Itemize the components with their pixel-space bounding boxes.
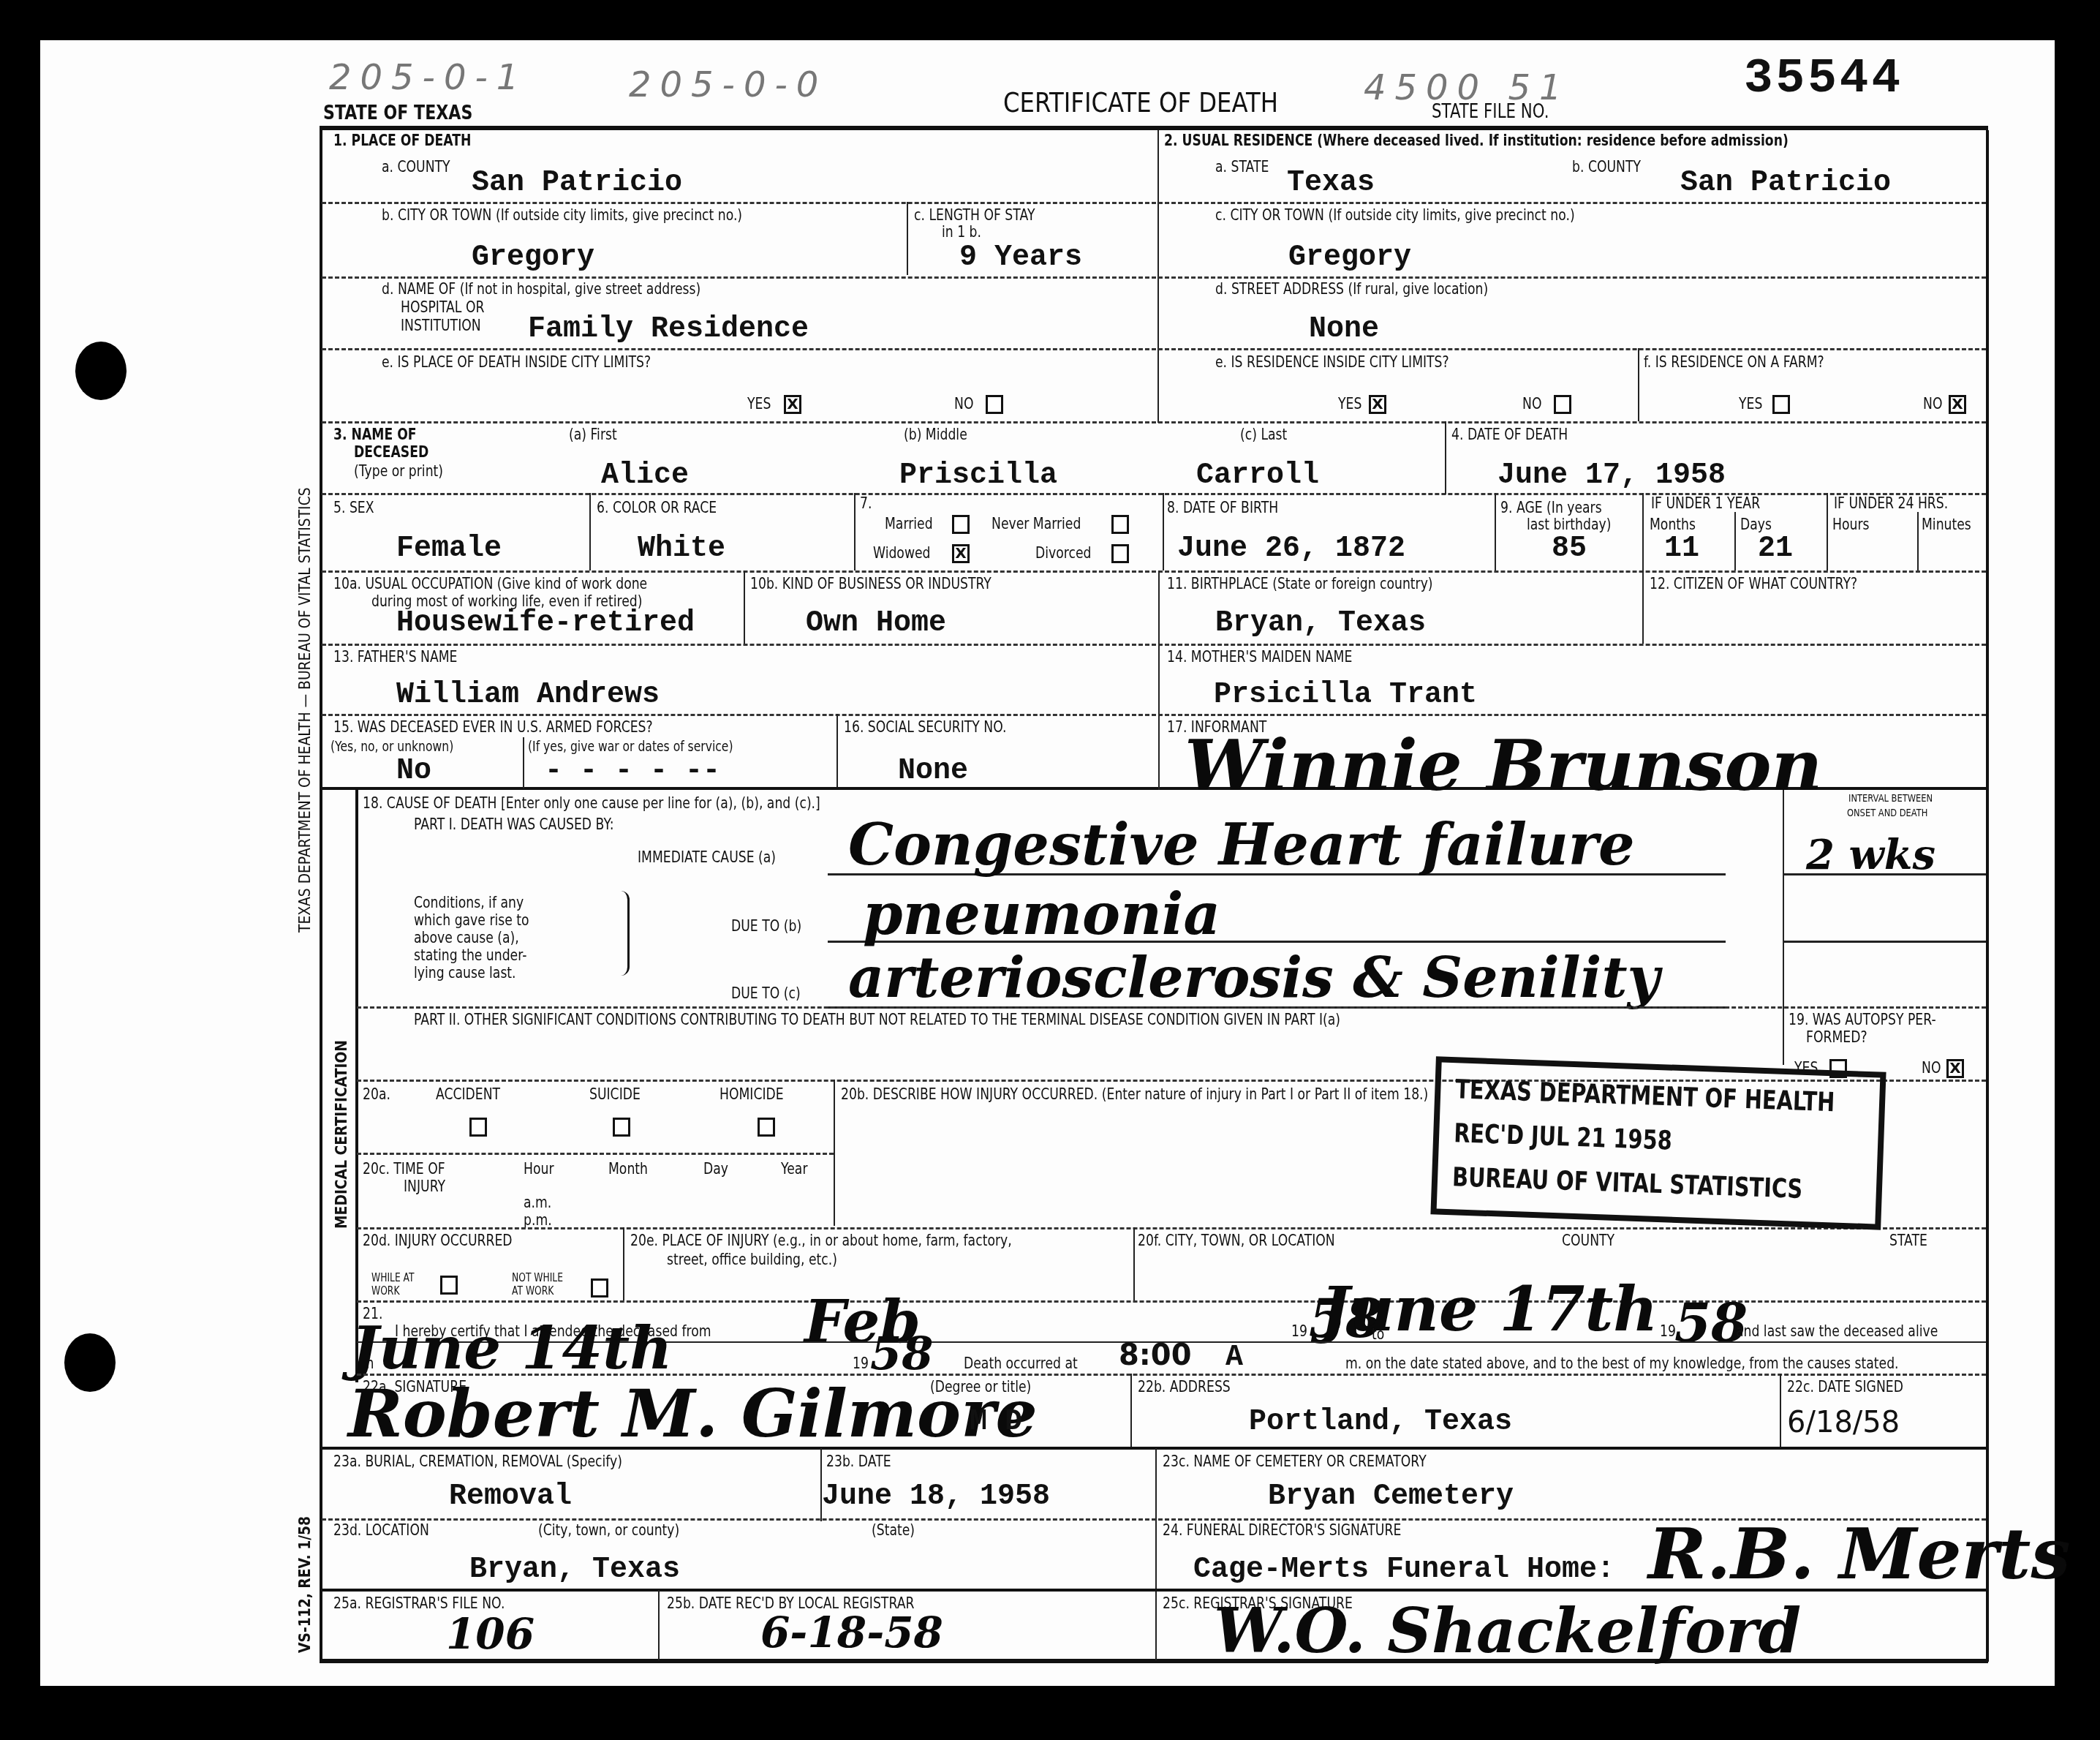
accident-checkbox[interactable] <box>469 1118 487 1137</box>
date-of-birth: June 26, 1872 <box>1177 532 1405 565</box>
location-state-label: (State) <box>872 1521 915 1539</box>
residence-inside-limits-no-checkbox[interactable] <box>1554 395 1571 414</box>
mother-label: 14. MOTHER'S MAIDEN NAME <box>1167 648 1352 666</box>
row-line <box>322 202 1986 204</box>
farm-label: f. IS RESIDENCE ON A FARM? <box>1644 353 1824 371</box>
disposition-location: Bryan, Texas <box>469 1553 680 1586</box>
accident-label: ACCIDENT <box>436 1085 500 1103</box>
row-line <box>322 1589 1986 1592</box>
onset-interval: 2 wks <box>1806 831 1935 879</box>
from-year-prefix: 19 <box>1291 1322 1307 1340</box>
death-inside-limits-no-checkbox[interactable] <box>986 395 1003 414</box>
place-of-death-label: 1. PLACE OF DEATH <box>333 132 471 149</box>
farm-no-label: NO <box>1923 395 1942 413</box>
time-label-2: INJURY <box>404 1178 445 1195</box>
not-at-work-checkbox[interactable] <box>591 1278 608 1298</box>
received-stamp: TEXAS DEPARTMENT OF HEALTH REC'D JUL 21 … <box>1430 1056 1886 1229</box>
age-label: 9. AGE (In years <box>1500 499 1602 516</box>
pm-label: p.m. <box>524 1211 552 1229</box>
due-to-c: arteriosclerosis & Senility <box>848 945 1660 1010</box>
res-city-label: c. CITY OR TOWN (If outside city limits,… <box>1215 206 1575 224</box>
pencil-code-2: 205-0-0 <box>629 64 827 105</box>
time-label: 20c. TIME OF <box>363 1160 445 1178</box>
bracket-icon <box>620 891 630 976</box>
place-label: 20e. PLACE OF INJURY (e.g., in or about … <box>630 1232 1012 1249</box>
inside-limits-label: e. IS PLACE OF DEATH INSIDE CITY LIMITS? <box>382 353 651 371</box>
name-label: 3. NAME OF <box>333 426 417 443</box>
hour-label: Hour <box>524 1160 554 1178</box>
divider <box>1917 512 1919 570</box>
not-while-1: NOT WHILE <box>512 1271 563 1284</box>
describe-label: 20b. DESCRIBE HOW INJURY OCCURRED. (Ente… <box>841 1085 1428 1103</box>
death-county: San Patricio <box>472 167 682 200</box>
first-name: Alice <box>601 459 689 492</box>
birthplace-label: 11. BIRTHPLACE (State or foreign country… <box>1167 575 1433 592</box>
row-line <box>322 1447 1986 1450</box>
sex-label: 5. SEX <box>333 499 374 516</box>
punch-hole-bottom <box>64 1333 116 1392</box>
occupation: Housewife-retired <box>396 607 695 640</box>
divider <box>834 1080 835 1226</box>
date-signed-label: 22c. DATE SIGNED <box>1787 1378 1903 1396</box>
conditions-3: above cause (a), <box>414 929 519 946</box>
citizen-label: 12. CITIZEN OF WHAT COUNTRY? <box>1650 575 1857 592</box>
state-file-number: 35544 <box>1744 51 1903 106</box>
occupation-label: 10a. USUAL OCCUPATION (Give kind of work… <box>333 575 647 592</box>
married-checkbox[interactable] <box>952 515 970 534</box>
row-line <box>322 276 1986 279</box>
suicide-label: SUICIDE <box>589 1085 641 1103</box>
middle-name: Priscilla <box>899 459 1057 492</box>
divider <box>854 493 856 570</box>
institution-label-2: HOSPITAL OR <box>401 298 484 316</box>
middle-label: (b) Middle <box>904 426 967 443</box>
divider <box>1783 790 1784 1065</box>
res-county-label: b. COUNTY <box>1572 158 1641 176</box>
residence-label: 2. USUAL RESIDENCE (Where deceased lived… <box>1164 132 1789 149</box>
part1-label: PART I. DEATH WAS CAUSED BY: <box>414 816 613 833</box>
conditions-2: which gave rise to <box>414 911 529 929</box>
age: 85 <box>1552 532 1587 565</box>
form-left-border <box>320 128 322 1660</box>
res-inside-label: e. IS RESIDENCE INSIDE CITY LIMITS? <box>1215 353 1449 371</box>
while-work-1: WHILE AT <box>371 1271 415 1284</box>
row-line <box>322 570 1986 573</box>
divider <box>1130 1374 1132 1447</box>
divider <box>623 1227 624 1300</box>
marital-label: 7. <box>860 494 872 512</box>
divorced-label: Divorced <box>1035 544 1091 562</box>
state-label: STATE OF TEXAS <box>323 102 472 124</box>
divider <box>1642 493 1644 570</box>
burial-label: 23a. BURIAL, CREMATION, REMOVAL (Specify… <box>333 1453 622 1470</box>
cemetery: Bryan Cemetery <box>1268 1480 1514 1513</box>
disposition-method: Removal <box>449 1480 572 1513</box>
last-seen-date: June 14th <box>351 1314 672 1382</box>
name-label-3: (Type or print) <box>354 462 443 480</box>
row-line <box>322 421 1986 423</box>
row-line <box>357 1006 1986 1009</box>
cert-text-3: m. on the date stated above, and to the … <box>1345 1355 1899 1372</box>
death-city: Gregory <box>472 241 594 274</box>
conditions-1: Conditions, if any <box>414 894 524 911</box>
cemetery-label: 23c. NAME OF CEMETERY OR CREMATORY <box>1163 1453 1427 1470</box>
attended-to: June 17th <box>1321 1273 1658 1345</box>
degree-label: (Degree or title) <box>930 1378 1031 1396</box>
location-city-label: (City, town, or county) <box>538 1521 679 1539</box>
divider <box>1827 493 1828 570</box>
punch-hole-top <box>75 342 126 400</box>
certificate-title: CERTIFICATE OF DEATH <box>1003 86 1278 118</box>
divider <box>1780 1374 1781 1447</box>
injury-county-label: COUNTY <box>1562 1232 1614 1249</box>
institution-label-3: INSTITUTION <box>401 317 481 334</box>
length-of-stay: 9 Years <box>959 241 1082 274</box>
res-state-label: a. STATE <box>1215 158 1269 176</box>
business-label: 10b. KIND OF BUSINESS OR INDUSTRY <box>750 575 992 592</box>
disp-date-label: 23b. DATE <box>826 1453 891 1470</box>
last-seen-year-prefix: 19 <box>853 1355 869 1372</box>
stamp-line-3: BUREAU OF VITAL STATISTICS <box>1451 1162 1802 1205</box>
divider <box>658 1590 660 1660</box>
form-top-border <box>320 126 1988 130</box>
stamp-line-2: REC'D JUL 21 1958 <box>1454 1118 1673 1156</box>
father-label: 13. FATHER'S NAME <box>333 648 457 666</box>
interval-label-2: ONSET AND DEATH <box>1847 807 1927 819</box>
divorced-checkbox[interactable] <box>1111 544 1129 563</box>
pencil-code-1: 205-0-1 <box>329 57 527 98</box>
ssn: None <box>898 755 968 788</box>
stay-label: c. LENGTH OF STAY <box>914 206 1035 224</box>
armed-sub-1: (Yes, no, or unknown) <box>331 739 453 755</box>
medical-certification-side-label: MEDICAL CERTIFICATION <box>333 1040 351 1229</box>
street-label: d. STREET ADDRESS (If rural, give locati… <box>1215 280 1488 298</box>
under-24-label: IF UNDER 24 HRS. <box>1834 494 1948 512</box>
residence-city: Gregory <box>1288 241 1411 274</box>
address-label: 22b. ADDRESS <box>1138 1378 1231 1396</box>
disposition-date: June 18, 1958 <box>822 1480 1050 1513</box>
armed-sub-2: (If yes, give war or dates of service) <box>528 739 733 755</box>
dob-label: 8. DATE OF BIRTH <box>1167 499 1278 516</box>
row-line <box>357 1227 1986 1229</box>
res-yes-label: YES <box>1338 395 1361 413</box>
divider <box>1163 493 1164 570</box>
homicide-label: HOMICIDE <box>719 1085 784 1103</box>
place-label-2: street, office building, etc.) <box>667 1251 837 1268</box>
hours-label: Hours <box>1832 516 1869 533</box>
row-line <box>322 714 1986 716</box>
divider <box>1638 348 1639 421</box>
never-married-label: Never Married <box>992 515 1081 532</box>
state-file-label: STATE FILE NO. <box>1432 101 1549 123</box>
residence-state: Texas <box>1287 167 1375 200</box>
birthplace: Bryan, Texas <box>1215 607 1426 640</box>
death-time: 8:00 <box>1119 1338 1192 1372</box>
minutes-label: Minutes <box>1922 516 1971 533</box>
residence-county: San Patricio <box>1680 167 1891 200</box>
immediate-label: IMMEDIATE CAUSE (a) <box>638 848 776 866</box>
under-year-label: IF UNDER 1 YEAR <box>1651 494 1760 512</box>
res-no-label: NO <box>1522 395 1541 413</box>
injury-city-label: 20f. CITY, TOWN, OR LOCATION <box>1138 1232 1335 1249</box>
row-line <box>322 644 1986 646</box>
autopsy-label: 19. WAS AUTOPSY PER- <box>1789 1011 1936 1028</box>
not-while-2: AT WORK <box>512 1284 554 1298</box>
registrar-file-no: 106 <box>446 1609 535 1659</box>
immediate-cause: Congestive Heart failure <box>848 812 1635 878</box>
institution-label: d. NAME OF (If not in hospital, give str… <box>382 280 700 298</box>
autopsy-no-checkbox[interactable]: X <box>1946 1059 1964 1078</box>
business: Own Home <box>806 607 946 640</box>
while-at-work-checkbox[interactable] <box>440 1276 458 1295</box>
yes-label: YES <box>747 395 771 413</box>
autopsy-label-2: FORMED? <box>1806 1028 1867 1046</box>
row-line <box>322 348 1986 350</box>
occurred-label: 20d. INJURY OCCURRED <box>363 1232 513 1249</box>
form-right-border <box>1986 130 1989 1662</box>
homicide-checkbox[interactable] <box>758 1118 775 1137</box>
funeral-label: 24. FUNERAL DIRECTOR'S SIGNATURE <box>1163 1521 1401 1539</box>
stay-label-2: in 1 b. <box>942 223 981 241</box>
registrar-date: 6-18-58 <box>760 1608 943 1657</box>
month-label: Month <box>608 1160 648 1178</box>
sex: Female <box>396 532 502 565</box>
form-number: VS-112, REV. 1/58 <box>296 1516 314 1653</box>
divider <box>589 493 591 570</box>
autopsy-no-label: NO <box>1922 1059 1941 1077</box>
married-label: Married <box>885 515 933 532</box>
age-days: 21 <box>1758 532 1793 565</box>
physician-address: Portland, Texas <box>1249 1406 1512 1439</box>
interval-line <box>1784 941 1986 943</box>
cert-text-2: and last saw the deceased alive <box>1736 1322 1938 1340</box>
divider <box>1642 570 1644 644</box>
mother-maiden-name: Prsicilla Trant <box>1214 679 1477 712</box>
suicide-checkbox[interactable] <box>613 1118 630 1137</box>
informant-signature: Winnie Brunson <box>1185 724 1822 807</box>
location-label: 23d. LOCATION <box>333 1521 429 1539</box>
medical-border <box>355 790 358 1382</box>
race: White <box>638 532 725 565</box>
stamp-line-1: TEXAS DEPARTMENT OF HEALTH <box>1455 1074 1835 1118</box>
ssn-label: 16. SOCIAL SECURITY NO. <box>844 718 1007 736</box>
due-c-label: DUE TO (c) <box>731 984 801 1002</box>
last-name: Carroll <box>1196 459 1319 492</box>
age-months: 11 <box>1664 532 1699 565</box>
day-label: Day <box>703 1160 728 1178</box>
injury-state-label: STATE <box>1889 1232 1927 1249</box>
armed-forces: No <box>396 755 431 788</box>
registrar-signature: W.O. Shackelford <box>1214 1594 1801 1667</box>
divider <box>1495 493 1496 570</box>
county-label: a. COUNTY <box>382 158 450 176</box>
widowed-label: Widowed <box>873 544 931 562</box>
interval-label-1: INTERVAL BETWEEN <box>1848 793 1933 805</box>
department-side-label: TEXAS DEPARTMENT OF HEALTH — BUREAU OF V… <box>296 487 314 933</box>
divider <box>1155 1448 1157 1660</box>
widowed-checkbox[interactable]: X <box>952 544 970 563</box>
residence-inside-limits-yes-checkbox[interactable]: X <box>1369 395 1386 414</box>
divider <box>523 737 524 788</box>
degree: M D <box>970 1406 1022 1439</box>
residence-street: None <box>1309 313 1379 346</box>
father-name: William Andrews <box>396 679 660 712</box>
institution-name: Family Residence <box>528 313 809 346</box>
never-married-checkbox[interactable] <box>1111 515 1129 534</box>
divider <box>907 202 908 275</box>
armed-dates: - - - - -- <box>545 755 720 788</box>
farm-yes-label: YES <box>1739 395 1762 413</box>
dod-label: 4. DATE OF DEATH <box>1451 426 1568 443</box>
name-label-2: DECEASED <box>354 443 428 461</box>
divider <box>1734 512 1736 570</box>
divider <box>744 570 745 644</box>
divider <box>1133 1227 1135 1300</box>
due-b-label: DUE TO (b) <box>731 917 801 935</box>
divider <box>836 714 838 787</box>
first-label: (a) First <box>569 426 617 443</box>
last-seen-year: 58 <box>870 1327 933 1380</box>
city-label: b. CITY OR TOWN (If outside city limits,… <box>382 206 742 224</box>
no-label: NO <box>954 395 973 413</box>
death-ampm: A <box>1225 1341 1243 1374</box>
cause-label: 18. CAUSE OF DEATH [Enter only one cause… <box>363 794 820 812</box>
year-label: Year <box>781 1160 807 1178</box>
race-label: 6. COLOR OR RACE <box>597 499 717 516</box>
divider <box>1158 570 1160 790</box>
divider <box>1445 421 1446 494</box>
am-label: a.m. <box>524 1194 551 1211</box>
farm-no-checkbox[interactable]: X <box>1949 395 1966 414</box>
conditions-5: lying cause last. <box>414 964 516 982</box>
age-label-2: last birthday) <box>1527 516 1611 533</box>
death-inside-limits-yes-checkbox[interactable]: X <box>784 395 801 414</box>
date-signed: 6/18/58 <box>1787 1406 1900 1439</box>
funeral-director-signature: R.B. Merts <box>1648 1513 2071 1595</box>
death-at-label: Death occurred at <box>964 1355 1078 1372</box>
days-label: Days <box>1740 516 1772 533</box>
conditions-4: stating the under- <box>414 946 526 964</box>
to-year-prefix: 19 <box>1660 1322 1676 1340</box>
row-line <box>357 1153 834 1155</box>
injury-20a-label: 20a. <box>363 1085 390 1103</box>
date-of-death: June 17, 1958 <box>1497 459 1726 492</box>
armed-label: 15. WAS DECEASED EVER IN U.S. ARMED FORC… <box>333 718 653 736</box>
while-work-2: WORK <box>371 1284 399 1298</box>
part2-label: PART II. OTHER SIGNIFICANT CONDITIONS CO… <box>414 1011 1340 1028</box>
funeral-home: Cage-Merts Funeral Home: <box>1193 1553 1614 1586</box>
last-label: (c) Last <box>1240 426 1287 443</box>
interval-line <box>1784 873 1986 875</box>
farm-yes-checkbox[interactable] <box>1772 395 1790 414</box>
months-label: Months <box>1650 516 1696 533</box>
due-to-b: pneumonia <box>863 881 1220 948</box>
